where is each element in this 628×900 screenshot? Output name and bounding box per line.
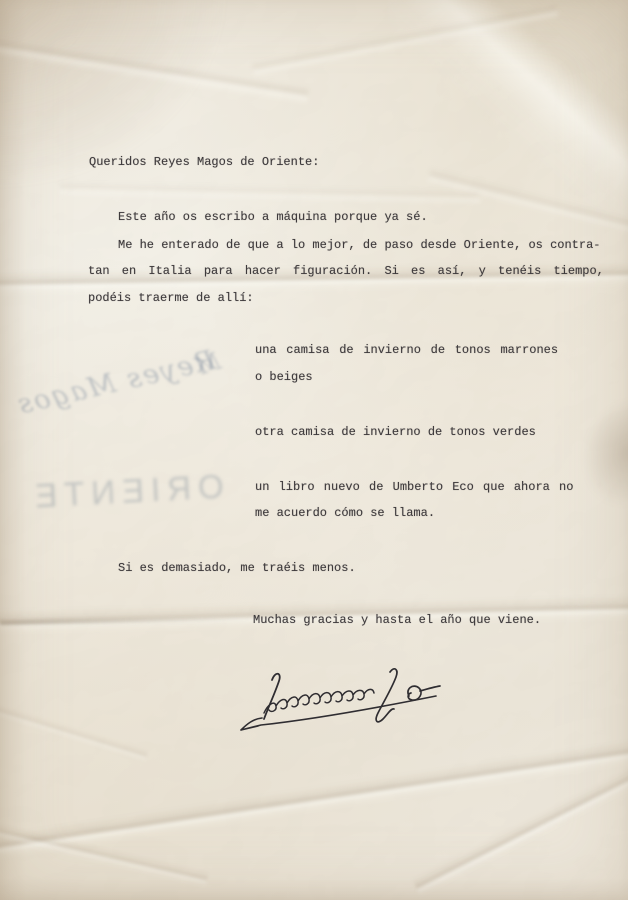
- bleedthrough-text-fragment: M: [192, 347, 224, 381]
- bleedthrough-oriente-text: ORIENTE: [27, 468, 224, 516]
- paper-edge-shadow-bottom: [0, 878, 628, 900]
- wishlist-line-book-2: me acuerdo cómo se llama.: [255, 506, 435, 520]
- body-line-2: Me he enterado de que a lo mejor, de pas…: [118, 238, 600, 252]
- wishlist-line-shirt-brown-1: una camisa de invierno de tonos marrones: [255, 343, 558, 357]
- crease-top-diagonal-left: [0, 34, 309, 105]
- paper-texture-fine: [0, 0, 628, 900]
- bleedthrough-fragment-text: M: [192, 347, 224, 381]
- bleedthrough-text-reyes-magos: Reyes Magos: [13, 342, 229, 421]
- wishlist-line-book-1: un libro nuevo de Umberto Eco que ahora …: [255, 480, 573, 494]
- photo-vignette: [0, 0, 628, 900]
- crease-bottom-right-fold: [412, 724, 628, 898]
- crumpled-letter-page: Reyes Magos M ORIENTE Queridos Reyes Mag…: [0, 0, 628, 900]
- bleedthrough-reyes-magos-text: Reyes Magos: [13, 345, 218, 421]
- paper-edge-shadow-left: [0, 0, 26, 900]
- crease-right-middle: [563, 381, 628, 520]
- crease-top-diagonal-right: [251, 3, 558, 78]
- paper-texture-coarse: [0, 0, 628, 900]
- body-line-intro: Este año os escribo a máquina porque ya …: [118, 210, 428, 224]
- signature-fernando: [231, 663, 446, 738]
- crease-right-diagonal: [427, 168, 628, 249]
- wishlist-line-shirt-green: otra camisa de invierno de tonos verdes: [255, 425, 536, 439]
- body-line-too-much: Si es demasiado, me traéis menos.: [118, 561, 356, 575]
- crease-bottom-left-fold: [0, 819, 209, 888]
- crease-corner-top-right: [388, 0, 628, 220]
- wishlist-line-shirt-brown-2: o beiges: [255, 370, 313, 384]
- crease-bottom-main-fold: [0, 734, 628, 863]
- crease-upper-wrinkle: [60, 182, 480, 205]
- crease-left-small-fold: [0, 703, 149, 763]
- body-line-3: tan en Italia para hacer figuración. Si …: [88, 264, 604, 278]
- salutation-line: Queridos Reyes Magos de Oriente:: [89, 155, 319, 169]
- body-line-4: podéis traerme de allí:: [88, 291, 254, 305]
- closing-line: Muchas gracias y hasta el año que viene.: [253, 613, 541, 627]
- bleedthrough-text-oriente: ORIENTE: [27, 466, 249, 515]
- crease-fold-shadow-left: [0, 617, 250, 625]
